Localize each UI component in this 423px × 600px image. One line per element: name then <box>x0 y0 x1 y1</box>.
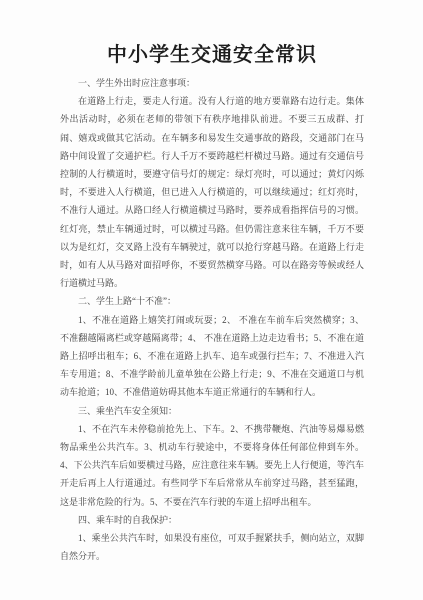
document-section: 三、乘坐汽车安全须知： 1、不在汽车未停稳前抢先上、下车。2、不携带鞭炮、汽油等… <box>60 402 364 511</box>
section-heading-1: 一、学生外出时应注意事项： <box>60 74 364 92</box>
paragraph: 在道路上行走，要走人行道。没有人行道的地方要靠路右边行走。集体外出活动时，必须在… <box>60 92 364 292</box>
paragraph: 1、不准在道路上嬉笑打闹或玩耍；2、 不准在车前车后突然横穿；3、 不准翻越隔离… <box>60 311 364 402</box>
section-heading-4: 四、乘车时的自我保护： <box>60 511 364 529</box>
document-section: 二、学生上路“十不准”： 1、不准在道路上嬉笑打闹或玩耍；2、 不准在车前车后突… <box>60 292 364 401</box>
section-heading-2: 二、学生上路“十不准”： <box>60 292 364 310</box>
document-page: 中小学生交通安全常识 一、学生外出时应注意事项： 在道路上行走，要走人行道。没有… <box>0 0 423 600</box>
document-body: 一、学生外出时应注意事项： 在道路上行走，要走人行道。没有人行道的地方要靠路右边… <box>60 74 364 565</box>
section-heading-3: 三、乘坐汽车安全须知： <box>60 402 364 420</box>
document-section: 四、乘车时的自我保护： 1、乘坐公共汽车时，如果没有座位，可双手握紧扶手，侧向站… <box>60 511 364 566</box>
document-title: 中小学生交通安全常识 <box>60 40 364 70</box>
document-section: 一、学生外出时应注意事项： 在道路上行走，要走人行道。没有人行道的地方要靠路右边… <box>60 74 364 292</box>
paragraph: 1、不在汽车未停稳前抢先上、下车。2、不携带鞭炮、汽油等易爆易燃物品乘坐公共汽车… <box>60 420 364 511</box>
paragraph: 1、乘坐公共汽车时，如果没有座位，可双手握紧扶手，侧向站立，双脚自然分开。 <box>60 529 364 565</box>
